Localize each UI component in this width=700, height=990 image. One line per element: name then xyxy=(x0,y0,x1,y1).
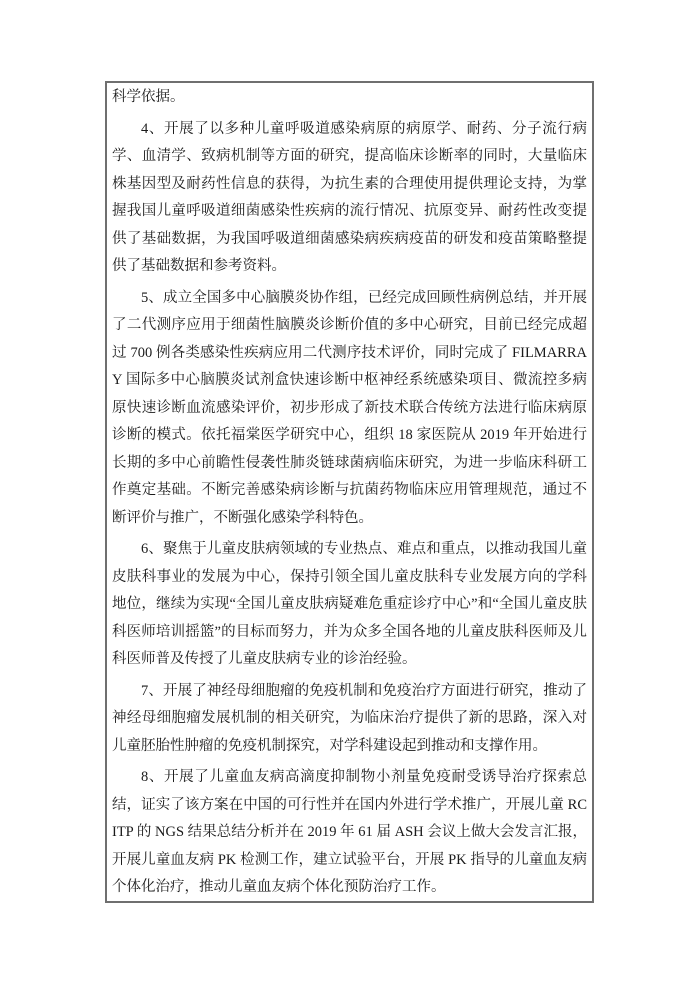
paragraph-continuation: 科学依据。 xyxy=(112,84,587,112)
paragraph-5-meningitis-collaboration-group: 5、成立全国多中心脑膜炎协作组，已经完成回顾性病例总结，并开展了二代测序应用于细… xyxy=(112,285,587,533)
document-page: 科学依据。 4、开展了以多种儿童呼吸道感染病原的病原学、耐药、分子流行病学、血清… xyxy=(0,0,700,990)
paragraph-6-pediatric-dermatology: 6、聚焦于儿童皮肤病领域的专业热点、难点和重点，以推动我国儿童皮肤科事业的发展为… xyxy=(112,536,587,674)
table-cell-border: 科学依据。 4、开展了以多种儿童呼吸道感染病原的病原学、耐药、分子流行病学、血清… xyxy=(105,81,594,903)
paragraph-8-hemophilia-treatment-research: 8、开展了儿童血友病高滴度抑制物小剂量免疫耐受诱导治疗探索总结，证实了该方案在中… xyxy=(112,764,587,902)
paragraph-7-neuroblastoma-immunity-research: 7、开展了神经母细胞瘤的免疫机制和免疫治疗方面进行研究，推动了神经母细胞瘤发展机… xyxy=(112,678,587,761)
paragraph-4-respiratory-infection-research: 4、开展了以多种儿童呼吸道感染病原的病原学、耐药、分子流行病学、血清学、致病机制… xyxy=(112,116,587,281)
